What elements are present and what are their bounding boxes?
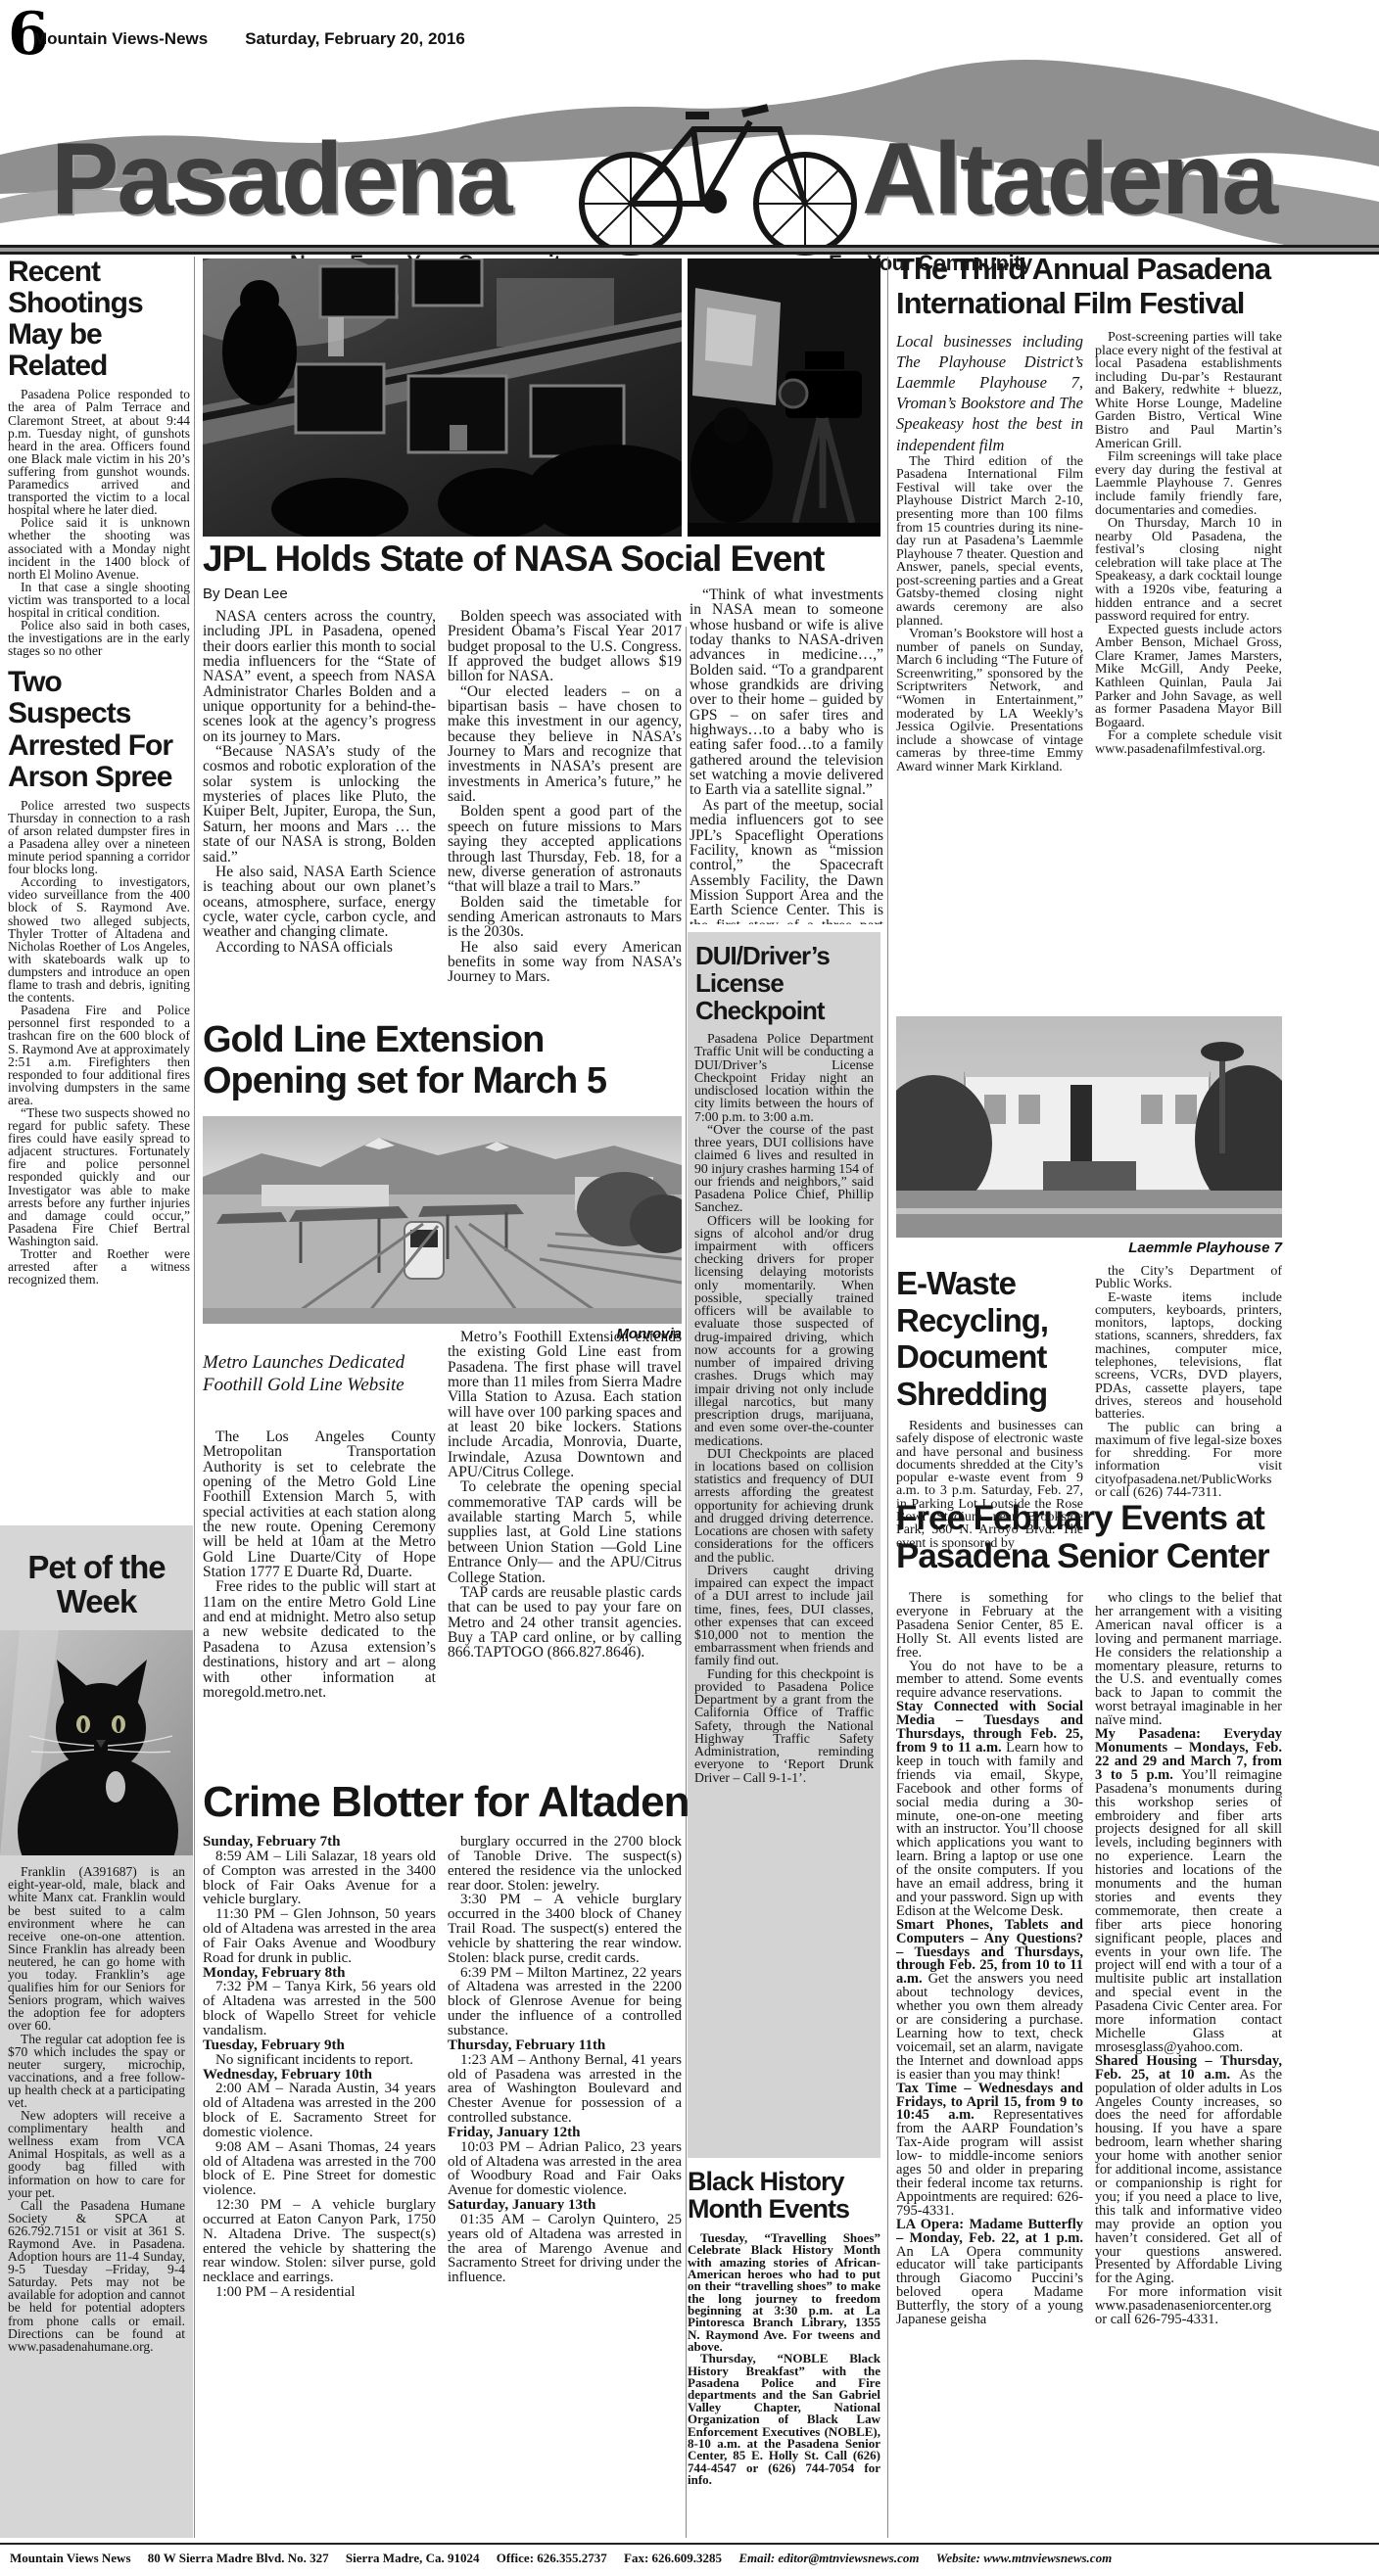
- footer-website: Website: www.mtnviewsnews.com: [936, 2551, 1112, 2565]
- jpl-column-1: NASA centers across the country, includi…: [203, 609, 436, 1020]
- article-title-pet: Pet of the Week: [0, 1525, 193, 1618]
- article-title-jpl: JPL Holds State of NASA Social Event: [203, 539, 908, 580]
- crime-blotter-column-2: burglary occurred in the 2700 block of T…: [448, 1835, 682, 2536]
- article-body-shootings: Pasadena Police responded to the area of…: [8, 388, 190, 657]
- goldline-column-2: Metro’s Foothill Extension extends the e…: [448, 1330, 682, 1774]
- article-title-goldline: Gold Line Extension Opening set for Marc…: [203, 1020, 682, 1102]
- jpl-column-2: Bolden speech was associated with Presid…: [448, 609, 682, 1020]
- pet-cat-photo: [0, 1630, 193, 1855]
- masthead-pasadena: Pasadena: [51, 121, 511, 238]
- goldline-column-1: The Los Angeles County Metropolitan Tran…: [203, 1429, 436, 1774]
- laemmle-playhouse-photo: [896, 1016, 1282, 1238]
- masthead-altadena: Altadena: [862, 121, 1276, 238]
- jpl-event-photo: [203, 258, 682, 537]
- newspaper-page: 6 Mountain Views-NewsSaturday, February …: [0, 0, 1379, 2576]
- article-body-arson: Police arrested two suspects Thursday in…: [8, 799, 190, 1287]
- jpl-column-3: “Think of what investments in NASA mean …: [689, 587, 883, 924]
- laemmle-photo-caption: Laemmle Playhouse 7: [896, 1240, 1282, 1256]
- column-rule: [686, 627, 687, 2538]
- footer-fax: Fax: 626.609.3285: [624, 2551, 722, 2565]
- film-festival-camera-photo: [688, 258, 880, 537]
- film-festival-column-2: Post-screening parties will take place e…: [1095, 331, 1282, 1014]
- goldline-station-photo: [203, 1116, 682, 1324]
- pet-of-the-week-box: Pet of the Week: [0, 1525, 193, 2538]
- article-body-black-history: Tuesday, “Travelling Shoes” Celebrate Bl…: [688, 2232, 880, 2536]
- left-column: Recent Shootings May be Related Pasadena…: [8, 257, 190, 1523]
- footer-city: Sierra Madre, Ca. 91024: [346, 2551, 480, 2565]
- page-footer: Mountain Views News 80 W Sierra Madre Bl…: [0, 2543, 1379, 2576]
- article-title-senior-center: Free February Events at Pasadena Senior …: [896, 1500, 1366, 1575]
- footer-paper-name: Mountain Views News: [10, 2551, 131, 2565]
- goldline-subhead: Metro Launches Dedicated Foothill Gold L…: [203, 1351, 438, 1396]
- film-festival-column-1: Local businesses including The Playhouse…: [896, 331, 1083, 1014]
- masthead: Pasadena Altadena News From Your Communi…: [0, 37, 1379, 245]
- footer-address: 80 W Sierra Madre Blvd. No. 327: [148, 2551, 329, 2565]
- bicycle-icon: [548, 65, 881, 260]
- jpl-byline: By Dean Lee: [203, 585, 288, 602]
- article-body-pet: Franklin (A391687) is an eight-year-old,…: [0, 1865, 193, 2353]
- article-title-shootings: Recent Shootings May be Related: [8, 257, 190, 382]
- film-festival-intro: Local businesses including The Playhouse…: [896, 331, 1083, 455]
- article-title-arson: Two Suspects Arrested For Arson Spree: [8, 667, 190, 792]
- column-rule: [194, 257, 195, 2538]
- senior-center-column-1: There is something for everyone in Febru…: [896, 1592, 1083, 2536]
- footer-office-phone: Office: 626.355.2737: [497, 2551, 607, 2565]
- article-title-film-festival: The Third Annual Pasadena International …: [896, 253, 1308, 320]
- senior-center-column-2: who clings to the belief that her arrang…: [1095, 1592, 1282, 2536]
- article-title-ewaste: E-Waste Recycling, Document Shredding: [896, 1265, 1087, 1412]
- footer-email: Email: editor@mtnviewsnews.com: [738, 2551, 919, 2565]
- article-title-dui: DUI/Driver’s License Checkpoint: [688, 932, 880, 1032]
- dui-checkpoint-box: DUI/Driver’s License Checkpoint Pasadena…: [688, 932, 880, 2158]
- article-title-black-history: Black History Month Events: [688, 2168, 880, 2224]
- column-rule: [887, 257, 888, 2538]
- article-body-dui: Pasadena Police Department Traffic Unit …: [688, 1032, 880, 1784]
- crime-blotter-column-1: Sunday, February 7th8:59 AM – Lili Salaz…: [203, 1835, 436, 2536]
